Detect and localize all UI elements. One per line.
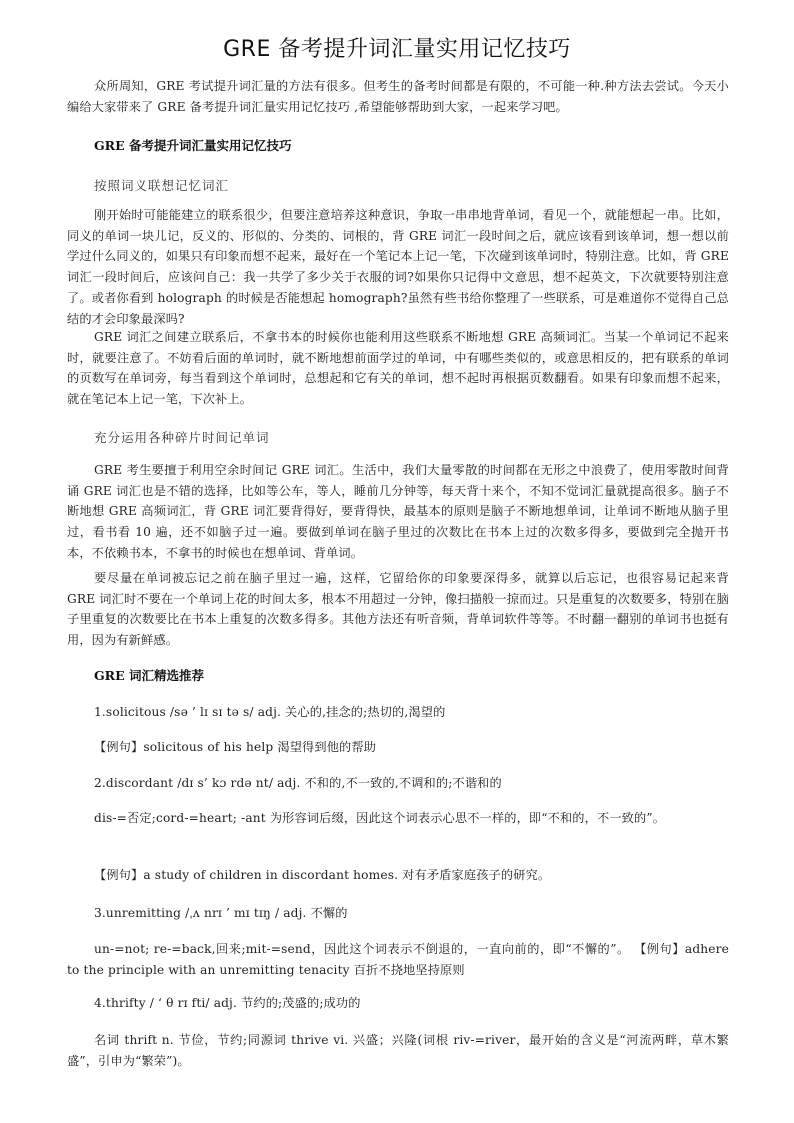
- word-entry-1: 1.solicitous /sə ’ lɪ sɪ tə s/ adj. 关心的,…: [67, 702, 729, 723]
- word-example-2: 【例句】a study of children in discordant ho…: [67, 865, 729, 886]
- subheading-association: 按照词义联想记忆词汇: [94, 176, 229, 194]
- paragraph-links: GRE 词汇之间建立联系后，不拿书本的时候你也能利用这些联系不断地想 GRE 高…: [67, 327, 729, 410]
- intro-paragraph: 众所周知，GRE 考试提升词汇量的方法有很多。但考生的备考时间都是有限的，不可能…: [67, 76, 729, 117]
- word-entry-4: 4.thrifty / ‘ θ rɪ fti/ adj. 节约的;茂盛的;成功的: [67, 993, 729, 1014]
- section-heading-vocab: GRE 词汇精选推荐: [94, 666, 204, 684]
- word-entry-2: 2.discordant /dɪ s’ kɔ rdə nt/ adj. 不和的,…: [67, 773, 729, 794]
- word-entry-3: 3.unremitting /ˌʌ nrɪ ’ mɪ tɪŋ / adj. 不懈…: [67, 903, 729, 924]
- document-title: GRE 备考提升词汇量实用记忆技巧: [0, 32, 794, 63]
- paragraph-association: 刚开始时可能能建立的联系很少，但要注意培养这种意识，争取一串串地背单词，看见一个…: [67, 205, 729, 329]
- paragraph-review: 要尽量在单词被忘记之前在脑子里过一遍，这样，它留给你的印象要深得多，就算以后忘记…: [67, 568, 729, 651]
- word-note-3: un-=not; re-=back,回来;mit-=send，因此这个词表示不倒…: [67, 939, 729, 980]
- paragraph-fragment-time: GRE 考生要擅于利用空余时间记 GRE 词汇。生活中，我们大量零散的时间都在无…: [67, 460, 729, 564]
- section-heading-tips: GRE 备考提升词汇量实用记忆技巧: [94, 136, 291, 154]
- word-note-2: dis-=否定;cord-=heart; -ant 为形容词后缀，因此这个词表示…: [67, 808, 729, 829]
- word-example-1: 【例句】solicitous of his help 渴望得到他的帮助: [67, 737, 729, 758]
- subheading-fragment-time: 充分运用各种碎片时间记单词: [94, 428, 270, 446]
- word-note-4: 名词 thrift n. 节俭，节约;同源词 thrive vi. 兴盛；兴隆(…: [67, 1030, 729, 1071]
